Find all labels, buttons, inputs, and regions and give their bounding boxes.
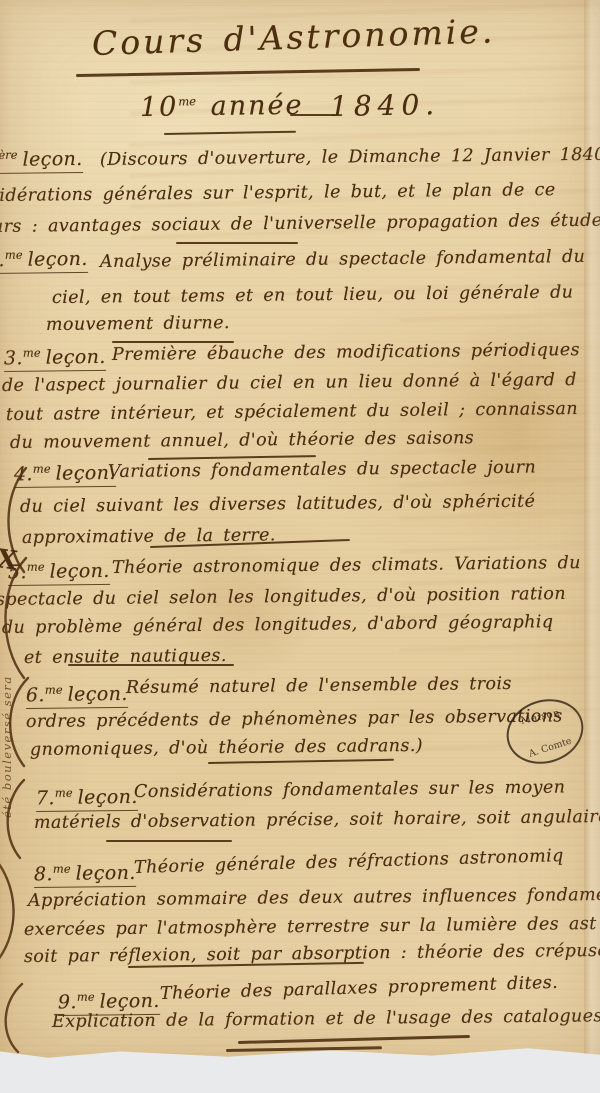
lesson-4-line-2: du ciel suivant les diverses latitudes, … <box>20 492 536 517</box>
lesson-8-number: 8. <box>34 863 53 885</box>
lesson-4-label: 4.meleçon. <box>14 461 116 488</box>
lesson-5-line-3: du problème général des longitudes, d'ab… <box>2 612 554 638</box>
lesson-6-line-3: gnomoniques, d'où théorie des cadrans.) <box>30 736 423 760</box>
lesson-4-word: leçon. <box>56 462 116 485</box>
lesson-9-double-underline-1 <box>238 1035 470 1044</box>
lesson-1-line-1: (Discours d'ouverture, le Dimanche 12 Ja… <box>100 144 600 170</box>
lesson-6-ordinal: me <box>45 683 63 697</box>
lesson-7-number: 7. <box>36 787 55 809</box>
lesson-5-phrase-underline <box>68 664 234 666</box>
lesson-8-label: 8.meleçon. <box>34 861 136 888</box>
lesson-2-line-1: Analyse préliminaire du spectacle fondam… <box>100 247 585 272</box>
lesson-4-number: 4. <box>14 463 33 485</box>
lesson-9-number: 9. <box>58 991 77 1013</box>
year-line-number: 10 <box>140 91 179 123</box>
lesson-8-line-1: Théorie générale des réfractions astrono… <box>134 846 564 878</box>
lesson-8-word: leçon. <box>76 862 136 885</box>
lesson-2-line-3: mouvement diurne. <box>46 313 230 335</box>
lesson-3-line-1: Première ébauche des modifications pério… <box>112 340 580 365</box>
lesson-5-line-1: Théorie astronomique des climats. Variat… <box>112 553 581 578</box>
lesson-4-line-1: Variations fondamentales du spectacle jo… <box>108 458 536 482</box>
lesson-8-line-2: Appréciation sommaire des deux autres in… <box>28 885 600 911</box>
year-line-word: année <box>210 90 303 122</box>
lesson-3-ordinal: me <box>23 346 41 360</box>
lesson-6-word: leçon. <box>68 683 128 706</box>
lesson-1-label: 1èreleçon. <box>0 147 83 174</box>
lesson-5-word: leçon. <box>50 560 110 583</box>
lesson-6-label: 6.meleçon. <box>26 682 128 709</box>
year-line-underline <box>164 131 296 135</box>
lesson-7-line-1: Considérations fondamentales sur les moy… <box>134 777 566 802</box>
lesson-8-ordinal: me <box>53 862 71 876</box>
lesson-2-line-2: ciel, en tout tems et en tout lieu, ou l… <box>52 283 574 308</box>
margin-brace-lesson-8 <box>0 858 24 962</box>
lesson-3-line-3: tout astre intérieur, et spécialement du… <box>6 399 578 425</box>
maison-auguste-comte-stamp: Maison A. Comte <box>498 689 592 773</box>
lesson-2-word: leçon. <box>28 248 88 271</box>
lesson-1-phrase-underline <box>176 242 298 244</box>
lesson-5-line-2: spectacle du ciel selon les longitudes, … <box>0 584 566 610</box>
lesson-9-line-1: Théorie des parallaxes proprement dites. <box>160 973 559 1004</box>
lesson-3-word: leçon. <box>46 346 106 369</box>
lesson-4-ordinal: me <box>33 462 51 476</box>
lesson-6-line-1: Résumé naturel de l'ensemble des trois <box>126 674 512 698</box>
lesson-1-line-3: urs : avantages sociaux de l'universelle… <box>0 210 600 237</box>
lesson-9-word: leçon. <box>100 990 160 1013</box>
title-underline <box>76 68 420 77</box>
year-line-ordinal: me <box>178 94 196 108</box>
lesson-2-ordinal: me <box>5 248 23 262</box>
manuscript-page: Cours d'Astronomie. 10me année 1840. 1èr… <box>0 0 600 1062</box>
lesson-2-phrase-underline <box>112 341 234 343</box>
lesson-6-number: 6. <box>26 684 45 706</box>
lesson-3-line-4: du mouvement annuel, d'où théorie des sa… <box>10 428 474 453</box>
lesson-5-ordinal: me <box>27 560 45 574</box>
lesson-3-number: 3. <box>4 347 23 369</box>
lesson-7-label: 7.meleçon. <box>36 785 138 812</box>
margin-brace-lesson-9 <box>0 982 28 1054</box>
page-title: Cours d'Astronomie. <box>91 11 495 63</box>
lesson-6-line-2: ordres précédents de phénomènes par les … <box>26 706 563 732</box>
year-value: 1840. <box>330 88 441 123</box>
lesson-3-label: 3.meleçon. <box>4 345 106 372</box>
manuscript-photo: Cours d'Astronomie. 10me année 1840. 1èr… <box>0 0 600 1093</box>
lesson-1-line-2: sidérations générales sur l'esprit, le b… <box>0 180 556 206</box>
lesson-9-double-underline-2 <box>226 1046 382 1051</box>
lesson-6-phrase-underline <box>208 759 394 764</box>
lesson-7-phrase-underline <box>106 840 232 842</box>
lesson-7-word: leçon. <box>78 786 138 809</box>
lesson-4-line-3: approximative de la terre. <box>22 525 276 548</box>
margin-vertical-note: été bouleversé sera <box>0 628 14 818</box>
year-line: 10me année <box>140 90 304 123</box>
lesson-1-ordinal: ère <box>0 148 18 162</box>
lesson-3-line-2: de l'aspect journalier du ciel en un lie… <box>2 370 577 396</box>
lesson-7-ordinal: me <box>55 786 73 800</box>
stamp-oval-border <box>498 689 592 773</box>
lesson-8-line-3: exercées par l'atmosphère terrestre sur … <box>24 914 597 940</box>
lesson-2-label: 2.meleçon. <box>0 247 88 274</box>
lesson-1-word: leçon. <box>22 148 82 171</box>
year-line-dash <box>290 114 336 116</box>
lesson-9-ordinal: me <box>77 990 95 1004</box>
lesson-5-label: 5.meleçon. <box>8 559 110 586</box>
